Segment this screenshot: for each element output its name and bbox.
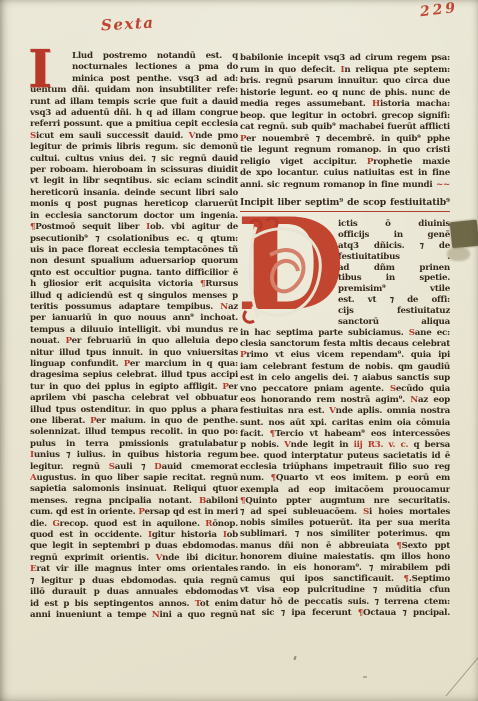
text-line: ictis ō diuinis bbox=[338, 219, 450, 230]
text-line: historie legunt. eo q nunc de phis. nunc… bbox=[240, 88, 450, 100]
text-line: officijs in genē bbox=[338, 230, 450, 241]
text-line: vno peccatore pniam agente. Secūdo quia bbox=[240, 384, 450, 395]
text-line: anni inueniunt a tempe Nini a quo regnū bbox=[30, 610, 238, 621]
text-line: legitur de primis libris regum. sic demo… bbox=[30, 142, 238, 153]
text-line: est in celo angelis dei. ⁊ aiabus sancti… bbox=[240, 373, 450, 384]
text-line: cat regnū. sub quib⁹ machabei fuerūt aff… bbox=[240, 122, 450, 134]
left-column: I Llud postremo notandū est. qnocturnale… bbox=[30, 51, 238, 621]
text-line: pulus in terra pmissionis gratulabatur bbox=[30, 439, 238, 450]
text-line: per ianuariū in quo nouus ann⁹ inchoat. bbox=[30, 313, 238, 324]
text-line: quod est in occidente. Igitur historia I… bbox=[30, 530, 238, 541]
text-line: sanctorū aliqua bbox=[338, 317, 450, 328]
text-line: atq3 dñicis. ⁊ de bbox=[338, 241, 450, 252]
drop-cap-block: D ictis ō diuinisofficijs in genēatq3 dñ… bbox=[240, 215, 450, 328]
text-line: Primo vt eius vicem rependam⁹. quia ipi bbox=[240, 350, 450, 361]
drop-cap-initial-i: I bbox=[28, 47, 70, 93]
text-line: babilonie incepit vsq3 ad cirum regem ps… bbox=[240, 53, 450, 65]
text-line: cultui. cultus vnius dei. ⁊ sic regnū da… bbox=[30, 154, 238, 165]
text-line: Iunius ⁊ iulius. in quibus historia regu… bbox=[30, 450, 238, 461]
folio-number: 229 bbox=[419, 0, 459, 20]
text-line: media reges assumebant. Historia macha: bbox=[240, 99, 450, 111]
text-line: linguap confundit. Per marcium in q qua: bbox=[30, 359, 238, 370]
text-line: ⁊ legitur p duas ebdomodas. quia regnū bbox=[30, 576, 238, 587]
text-line: Per nouembrē ⁊ decembrē. in quib⁹ pphe bbox=[240, 134, 450, 146]
text-line: menses. regna pncipalia notant. Babiloni bbox=[30, 496, 238, 507]
text-line: die. Grecop. quod est in aquilone. Rōnop… bbox=[30, 519, 238, 530]
text-line: bee. quod interptatur puteus sacietatis … bbox=[240, 451, 450, 462]
drop-cap-initial-d: D bbox=[240, 215, 334, 327]
text-line: runt ad illam tempis scrie que fuit a da… bbox=[30, 97, 238, 108]
text-line: per roboam. hieroboam in scissuras diuid… bbox=[30, 165, 238, 176]
text-line: h gliosior erit acquisita victoria ¶Rurs… bbox=[30, 279, 238, 290]
text-line: manus dñi non ē abbreuiata ¶Sexto ppt bbox=[240, 541, 450, 552]
text-line: sunt. nos aūt xpi. caritas enim oia cōmu… bbox=[240, 418, 450, 429]
text-line: nouat. Per februariū in quo alleluia dep… bbox=[30, 336, 238, 347]
text-line: nobis similes potuerūt. ita per sua meri… bbox=[240, 518, 450, 529]
text-line: anni. sic regnum romanop in fine mundi ~… bbox=[240, 180, 450, 192]
text-line: religio viget accipitur. Prophetie maxie bbox=[240, 157, 450, 169]
text-line: Sicut em sauli successit dauid. Vnde pmo bbox=[30, 131, 238, 142]
text-line: id est p bis septingentos annos. Tot eni… bbox=[30, 599, 238, 610]
page-corner-crease bbox=[445, 641, 478, 697]
text-line: rando. in eis honoram⁹. ⁊ mirabilem pdi bbox=[240, 563, 450, 574]
text-line: qnto est occultior pugna. tanto difficil… bbox=[30, 268, 238, 279]
text-line: eos honorando rem nostrā agim⁹. Naz eop bbox=[240, 395, 450, 406]
text-line: referri possunt. que a pmitiua cepit ecc… bbox=[30, 119, 238, 130]
text-line: tur in quo dei pplus in egipto affligit.… bbox=[30, 382, 238, 393]
handwritten-heading: Sexta bbox=[101, 14, 155, 35]
text-line: festiuitatibus . bbox=[338, 252, 450, 263]
text-line: illud tpus ostenditur. in quo pplus a ph… bbox=[30, 405, 238, 416]
text-line: illud q adiciendū est q singulos menses … bbox=[30, 291, 238, 302]
text-line: que legit in septembri p duas ebdomodas. bbox=[30, 541, 238, 552]
text-line: vsq3 ad aduentū dñi. h q ad illam congru… bbox=[30, 108, 238, 119]
text-line: dragesima sepius celebrat. illud tpus ac… bbox=[30, 370, 238, 381]
text-line: ad dñm prinen bbox=[338, 263, 450, 274]
text-line: exempla ad eop imitacōem prouocamur bbox=[240, 485, 450, 496]
drop-cap-side-lines: ictis ō diuinisofficijs in genēatq3 dñic… bbox=[334, 215, 450, 328]
text-line: tempus a diluuio intelligit. vbi mundus … bbox=[30, 325, 238, 336]
text-line: tie legunt regnum romanop. in quo cristi bbox=[240, 145, 450, 157]
text-line: facit. ¶Tercio vt habeam⁹ eos intercessō… bbox=[240, 429, 450, 440]
text-line: p nobis. Vnde legit in iij R3. v. c. q b… bbox=[240, 440, 450, 451]
text-line: ¶Postmoō sequit liber Iob. vbi agitur de bbox=[30, 222, 238, 233]
text-line: Augustus. in quo liber sapie recitat. re… bbox=[30, 473, 238, 484]
text-line: hereticorū insania. deinde secunt libri … bbox=[30, 188, 238, 199]
text-line: aprilem vbi pascha celebrat vel obbuatur bbox=[30, 393, 238, 404]
text-line: rum in quo defecit. In reliqua pte septe… bbox=[240, 65, 450, 77]
right-column: babilonie incepit vsq3 ad cirum regem ps… bbox=[240, 53, 450, 619]
text-line: uis in pace floreat ecclesia temptacōnes… bbox=[30, 245, 238, 256]
text-line: Erat vir ille magnus inter oms orientale… bbox=[30, 564, 238, 575]
text-line: honorem diuine maiestatis. qm illos hono bbox=[240, 552, 450, 563]
margin-stain bbox=[450, 220, 478, 249]
text-line: psecutionib⁹ ⁊ csolationibus ec. q qtum: bbox=[30, 234, 238, 245]
text-line: num. ¶Quarto vt eos imitem. p eorū em bbox=[240, 473, 450, 484]
text-line: vt visa eop pulcritudine ⁊ mūditia cfun bbox=[240, 585, 450, 596]
text-line: camus qui ipos sanctificauit. ¶.Septimo bbox=[240, 574, 450, 585]
text-line: one liberat. Per maium. in quo de penthe… bbox=[30, 416, 238, 427]
text-line: non desunt spualium aduersariop quorum bbox=[30, 256, 238, 267]
text-line: est. vt ⁊ de offi: bbox=[338, 295, 450, 306]
text-line: vt legit in libr seqntibus. sic eciam sc… bbox=[30, 176, 238, 187]
right-column-body-lines: in hac septima parte subiciamus. Sane ec… bbox=[240, 328, 450, 619]
text-line: sapietia salomonis insinuat. Reliqui qtu… bbox=[30, 484, 238, 495]
text-line: premisim⁹ vtile bbox=[338, 284, 450, 295]
text-line: beop. que legitur in octobri. grecop sig… bbox=[240, 111, 450, 123]
text-line: regnū exprimit orientis. Vnde ibi dicitu… bbox=[30, 553, 238, 564]
text-line: illō durauit p duas annuales ebdomodas bbox=[30, 587, 238, 598]
text-line: iam celebrant festum de nobis. qm gaudiū bbox=[240, 362, 450, 373]
text-line: de xpo locantur. cuius natiuitas est in … bbox=[240, 168, 450, 180]
text-line: in ecclesia sanctorum doctor um ingenia. bbox=[30, 211, 238, 222]
text-line: sublimari. ⁊ nos similiter poterimus. qm bbox=[240, 529, 450, 540]
text-line: clesia sanctorum festa mltis decaus cele… bbox=[240, 339, 450, 350]
text-line: cijs festiuitatuz bbox=[338, 306, 450, 317]
ink-speck bbox=[293, 656, 296, 660]
text-line: monis q post pugnas hereticop claruerūt bbox=[30, 199, 238, 210]
text-line: ecclesia triūphans impetrauit filio suo … bbox=[240, 462, 450, 473]
text-line: ⁊ ad spei subleuacōem. Si hoies mortales bbox=[240, 507, 450, 518]
text-line: ¶Quinto ppter augmtum nre securitatis. bbox=[240, 496, 450, 507]
text-line: datur hō de peccatis suis. ⁊ terrena cte… bbox=[240, 597, 450, 608]
text-line: cum. qd est in oriente. Persap qd est in… bbox=[30, 507, 238, 518]
text-line: bris. regnū psarum innuitur. quo circa d… bbox=[240, 76, 450, 88]
left-column-lines: Llud postremo notandū est. qnocturnales … bbox=[30, 51, 238, 621]
text-line: tibus in spetie. bbox=[338, 273, 450, 284]
ink-speck bbox=[363, 676, 367, 678]
manuscript-page: Sexta 229 I Llud postremo notandū est. q… bbox=[0, 0, 478, 701]
margin-stain-smudge bbox=[447, 247, 470, 261]
text-line: legitur. regnū Sauli ⁊ Dauid cmemorat bbox=[30, 462, 238, 473]
text-line: nitur illud tpus innuit. in quo vniuersi… bbox=[30, 348, 238, 359]
text-line: teritis possumus adaptare tempibus. Naz bbox=[30, 302, 238, 313]
text-line: solennizat. illud tempus recolit. in quo… bbox=[30, 427, 238, 438]
right-column-top-lines: babilonie incepit vsq3 ad cirum regem ps… bbox=[240, 53, 450, 191]
text-line: festiuitas nra est. Vnde aplis. omnia no… bbox=[240, 406, 450, 417]
text-line: nat sic ⁊ ipa fecerunt ¶Octaua ⁊ pncipal… bbox=[240, 608, 450, 619]
